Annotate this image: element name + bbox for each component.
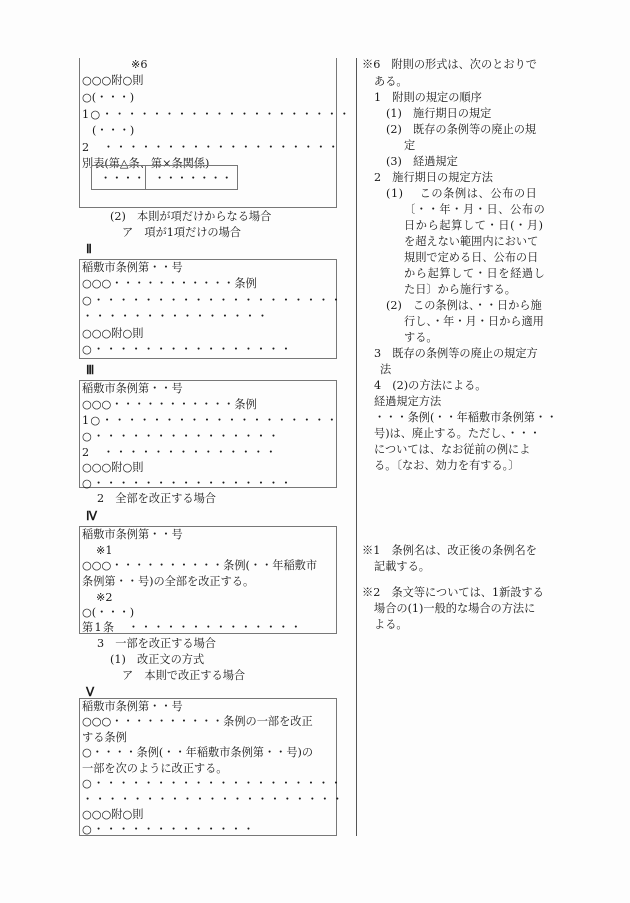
example-label-iii: Ⅲ: [86, 362, 94, 378]
table-cell: ・・・・・・・: [146, 166, 237, 189]
note6-line: する。: [404, 330, 438, 346]
box5-line: ○・・・・・・・・・・・・・・・・・・・・: [82, 776, 343, 792]
box5-line: する条例: [82, 730, 127, 746]
note2-line: よる。: [374, 617, 408, 633]
box4-line: 稲敷市条例第・・号: [82, 527, 183, 543]
box5-line: ○○○附○則: [82, 807, 143, 823]
note6-line: ・・・条例(・・年稲敷市条例第・・: [374, 410, 557, 426]
note6-line: 号)は、廃止する。ただし、・・・: [374, 426, 541, 442]
box4-line: ○(・・・): [82, 605, 134, 621]
box3-line: ○・・・・・・・・・・・・・・・: [82, 429, 280, 445]
box2-line: 稲敷市条例第・・号: [82, 260, 183, 276]
note6-line: 〔・・年・月・日、公布の: [404, 202, 545, 218]
note6-line: 日から起算して・日(・月): [404, 218, 544, 234]
box4-line: 第1条 ・・・・・・・・・・・・・・: [82, 620, 303, 636]
note6-line: (2) 既存の条例等の廃止の規: [386, 122, 536, 138]
box5-line: ○・・・・・・・・・・・・・: [82, 822, 255, 838]
box4-line: ※1: [96, 543, 113, 559]
box1-line: ※6: [131, 57, 148, 73]
box3-line: 稲敷市条例第・・号: [82, 381, 183, 397]
box4-line: 条例第・・号)の全部を改正する。: [82, 574, 254, 590]
table-cell: ・・・・: [92, 166, 146, 189]
box3-line: ○・・・・・・・・・・・・・・・・: [82, 476, 293, 492]
box2-line: ○○○・・・・・・・・・・・条例: [82, 276, 257, 292]
box1-line: (・・・): [92, 123, 134, 139]
box4-line: ○○○・・・・・・・・・・条例(・・年稲敷市: [82, 558, 317, 574]
box3-line: 1○・・・・・・・・・・・・・・・・・・・: [82, 413, 339, 429]
box2-line: ○・・・・・・・・・・・・・・・・・・・・: [82, 293, 343, 309]
box3-line: ○○○・・・・・・・・・・・条例: [82, 397, 257, 413]
note6-line: 行し、・年・月・日から適用: [404, 314, 544, 330]
note6-line: (1) 施行期日の規定: [386, 106, 491, 122]
note6-line: 規則で定める日、公布の日: [404, 250, 538, 266]
note2-line: 場合の(1)一般的な場合の方法に: [374, 601, 535, 617]
note6-line: 1 附則の規定の順序: [374, 90, 482, 106]
note6-line: (1) この条例は、公布の日: [386, 186, 537, 202]
note6-line: から起算して・日を経過し: [404, 266, 545, 282]
note6-line: 2 施行期日の規定方法: [374, 170, 493, 186]
box5-line: ○○○・・・・・・・・・・条例の一部を改正: [82, 714, 313, 730]
note6-line: 4 (2)の方法による。: [374, 378, 486, 394]
section-subheading: (1) 改正文の方式: [110, 652, 204, 668]
note6-line: (3) 経過規定: [386, 154, 458, 170]
section-heading: 2 全部を改正する場合: [97, 491, 216, 507]
box4-line: ※2: [96, 590, 113, 606]
note6-line: 定: [404, 138, 415, 154]
note1-line: 記載する。: [374, 559, 430, 575]
box5-line: ・・・・・・・・・・・・・・・・・・・・・: [82, 792, 344, 808]
note6-line: 法: [380, 362, 391, 378]
box3-line: 2 ・・・・・・・・・・・・・・: [82, 445, 278, 461]
section-subheading: ア 項が1項だけの場合: [122, 225, 241, 241]
box5-line: 稲敷市条例第・・号: [82, 699, 183, 715]
example-label-ii: Ⅱ: [86, 241, 92, 257]
note6-line: ある。: [374, 74, 408, 90]
note6-line: る。〔なお、効力を有する。〕: [374, 458, 519, 474]
note6-line: 3 既存の条例等の廃止の規定方: [374, 346, 538, 362]
note6-line: た日〕から施行する。: [404, 282, 516, 298]
note6-line: を超えない範囲内において: [404, 234, 538, 250]
box1-line: ○○○附○則: [82, 73, 143, 89]
box2-line: ○○○附○則: [82, 326, 143, 342]
column-divider: [356, 58, 357, 836]
box1-line: 1○・・・・・・・・・・・・・・・・・・・・: [82, 107, 351, 123]
note2-line: ※2 条文等については、1新設する: [362, 585, 544, 601]
box5-line: 一部を次のように改正する。: [82, 761, 227, 777]
section-heading: (2) 本則が項だけからなる場合: [110, 209, 271, 225]
note6-line: 経過規定方法: [374, 394, 441, 410]
box3-line: ○○○附○則: [82, 460, 143, 476]
appended-table: ・・・・ ・・・・・・・: [91, 165, 238, 190]
note6-line: については、なお従前の例によ: [374, 442, 530, 458]
box1-line: ○(・・・): [82, 90, 134, 106]
box2-line: ・・・・・・・・・・・・・・・: [82, 309, 269, 325]
note1-line: ※1 条例名は、改正後の条例名を: [362, 543, 537, 559]
example-label-iv: Ⅳ: [86, 508, 97, 524]
box5-line: ○・・・・条例(・・年稲敷市条例第・・号)の: [82, 745, 313, 761]
note6-line: ※6 附則の形式は、次のとおりで: [362, 57, 537, 73]
box2-line: ○・・・・・・・・・・・・・・・・: [82, 342, 293, 358]
note6-line: (2) この条例は、・・日から施: [386, 298, 542, 314]
section-heading: 3 一部を改正する場合: [97, 636, 216, 652]
section-subheading: ア 本則で改正する場合: [122, 668, 245, 684]
box1-line: 2 ・・・・・・・・・・・・・・・・・・・: [82, 140, 340, 156]
